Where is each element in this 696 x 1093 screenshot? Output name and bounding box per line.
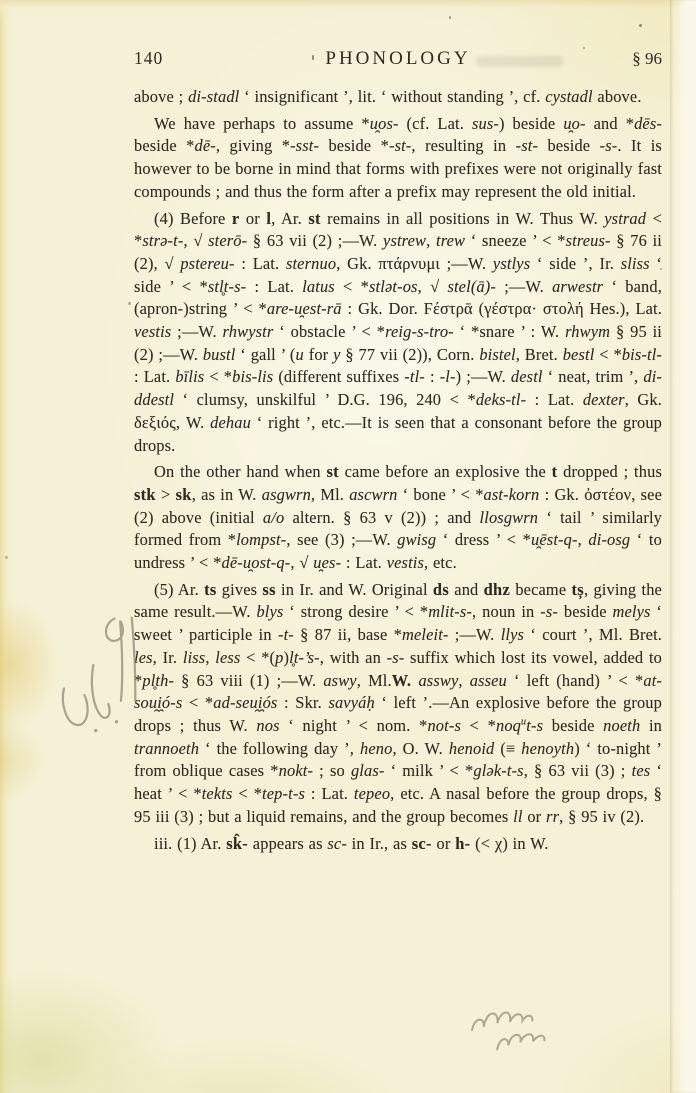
page-edge-shadow [670,0,696,1093]
body-text: above ; di-stadl ‘ insignificant ’, lit.… [134,86,662,855]
paragraph: (4) Before r or l, Ar. st remains in all… [134,208,662,458]
bottom-pencil-annotation [432,968,607,1073]
running-title: PHONOLOGY [226,48,570,70]
paragraph: On the other hand when st came before an… [134,461,662,575]
paragraph: iii. (1) Ar. sk̂- appears as sc- in Ir.,… [134,833,662,856]
paper-speck [128,302,131,305]
paper-speck [5,556,8,559]
section-number: § 96 [570,49,662,69]
page-header: 140 PHONOLOGY § 96 [134,48,662,70]
paragraph: above ; di-stadl ‘ insignificant ’, lit.… [134,86,662,109]
paper-speck [449,16,451,19]
scanned-book-page: 140 PHONOLOGY § 96 above ; di-stadl ‘ in… [0,0,696,1093]
page-number: 140 [134,48,226,69]
paper-speck [639,24,642,27]
paragraph: We have perhaps to assume *u̯os- (cf. La… [134,113,662,204]
paragraph: (5) Ar. ts gives ss in Ir. and W. Origin… [134,579,662,829]
